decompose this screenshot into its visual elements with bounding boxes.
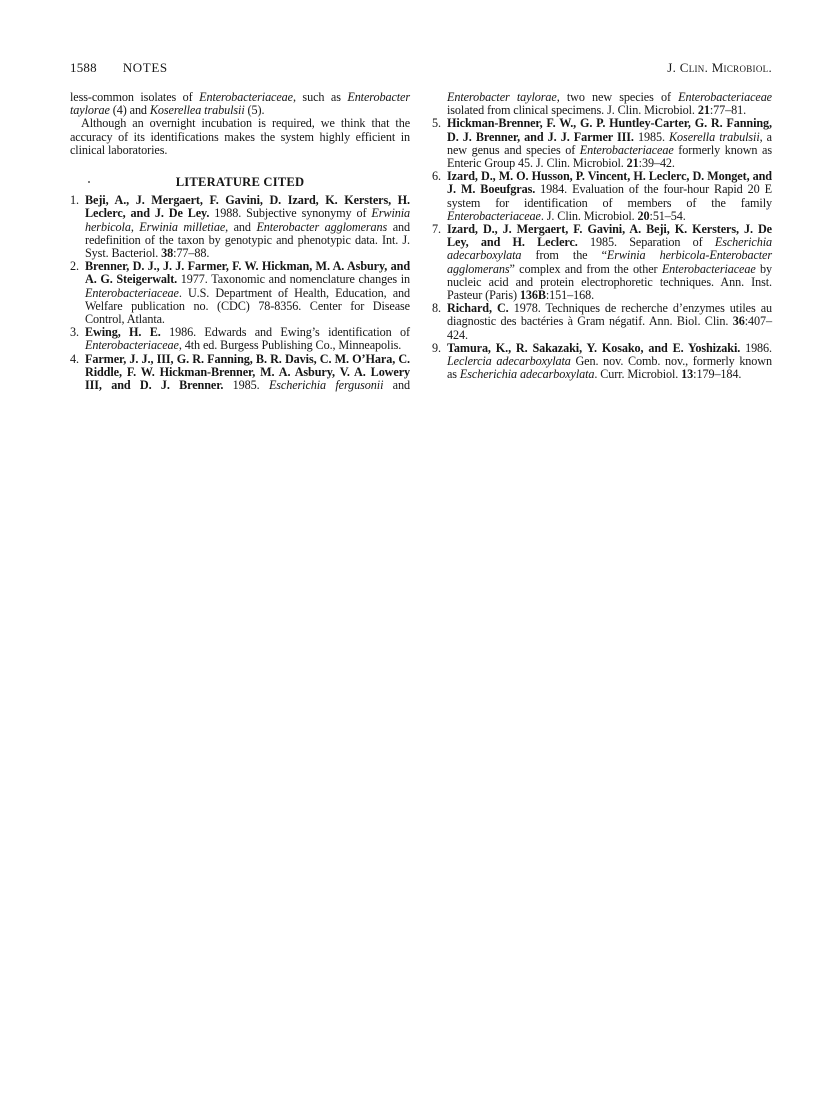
text-segment: :77–88. (173, 246, 209, 260)
italic-segment: Enterobacteriaceae (199, 90, 293, 104)
reference-number: 9. (432, 342, 447, 355)
italic-segment: Koserella trabulsii (669, 130, 760, 144)
italic-segment: Escherichia adecarboxylata (460, 367, 594, 381)
text-segment: 1985. (223, 378, 269, 392)
bold-segment: Richard, C. (447, 301, 509, 315)
italic-segment: Enterobacter agglomerans (256, 220, 387, 234)
text-segment: , and (225, 220, 256, 234)
body-paragraph: less-common isolates of Enterobacteriace… (70, 91, 410, 117)
text-segment: less-common isolates of (70, 90, 199, 104)
bold-segment: 38 (161, 246, 173, 260)
italic-segment: Enterobacteriaceae (85, 338, 179, 352)
text-segment: 1988. Subjective synonymy of (209, 206, 371, 220)
italic-segment: Escherichia fergusonii (269, 378, 383, 392)
reference-number: 2. (70, 260, 85, 273)
text-segment: 1986. (740, 341, 772, 355)
text-segment: isolated from clinical specimens. J. Cli… (447, 103, 698, 117)
literature-cited-heading: LITERATURE CITED (70, 176, 410, 189)
body-paragraph: Although an overnight incubation is requ… (70, 117, 410, 157)
text-segment: Although an overnight incubation is requ… (70, 116, 410, 156)
section-title: NOTES (123, 61, 168, 75)
text-segment: 1986. Edwards and Ewing’s identification… (161, 325, 410, 339)
reference-number: 4. (70, 353, 85, 366)
text-segment: , such as (293, 90, 347, 104)
journal-name: J. Clin. Microbiol. (667, 61, 772, 75)
running-head-left: 1588 NOTES (70, 61, 168, 75)
journal-page: 1588 NOTES J. Clin. Microbiol. less-comm… (0, 0, 832, 1103)
text-segment: 1985. Separation of (578, 235, 715, 249)
text-segment: 1985. (634, 130, 669, 144)
italic-segment: Enterobacteriaceae (447, 209, 541, 223)
reference-item: 6.Izard, D., M. O. Husson, P. Vincent, H… (432, 170, 772, 223)
reference-item: 7.Izard, D., J. Mergaert, F. Gavini, A. … (432, 223, 772, 302)
bold-segment: 13 (681, 367, 693, 381)
text-segment: ” complex and from the other (510, 262, 662, 276)
italic-segment: Koserellea trabulsii (150, 103, 245, 117)
reference-number: 3. (70, 326, 85, 339)
bold-segment: 20 (638, 209, 650, 223)
running-head: 1588 NOTES J. Clin. Microbiol. (70, 61, 772, 75)
text-segment: (5). (245, 103, 265, 117)
text-segment: , 4th ed. Burgess Publishing Co., Minnea… (179, 338, 401, 352)
italic-segment: Erwinia milletiae (139, 220, 225, 234)
reference-number: 7. (432, 223, 447, 236)
text-segment: :51–54. (650, 209, 686, 223)
page-number: 1588 (70, 61, 97, 75)
text-segment: 1977. Taxonomic and nomenclature changes… (177, 272, 410, 286)
bold-segment: 21 (627, 156, 639, 170)
text-segment: (4) and (110, 103, 150, 117)
italic-segment: Enterobacteriaceae (580, 143, 674, 157)
bold-segment: 21 (698, 103, 710, 117)
bold-segment: 136B (520, 288, 546, 302)
text-segment: , two new species of (557, 90, 678, 104)
text-segment: . J. Clin. Microbiol. (541, 209, 638, 223)
reference-number: 5. (432, 117, 447, 130)
closing-paragraphs: less-common isolates of Enterobacteriace… (70, 91, 410, 157)
two-column-text: less-common isolates of Enterobacteriace… (70, 91, 772, 392)
italic-segment: Enterobacter taylorae (447, 90, 557, 104)
reference-number: 8. (432, 302, 447, 315)
text-segment: :179–184. (693, 367, 741, 381)
reference-item: 1.Beji, A., J. Mergaert, F. Gavini, D. I… (70, 194, 410, 260)
text-segment: :151–168. (546, 288, 594, 302)
text-segment: and (383, 378, 410, 392)
text-segment: . Curr. Microbiol. (594, 367, 681, 381)
reference-item: 5.Hickman-Brenner, F. W., G. P. Huntley-… (432, 117, 772, 170)
italic-segment: Enterobacteriaceae (662, 262, 756, 276)
bold-segment: 36 (733, 314, 745, 328)
italic-segment: Leclercia adecarboxylata (447, 354, 571, 368)
text-segment: :39–42. (639, 156, 675, 170)
reference-item: 8.Richard, C. 1978. Techniques de recher… (432, 302, 772, 342)
italic-segment: Enterobacteriaceae (85, 286, 179, 300)
italic-segment: Enterobacteriaceae (678, 90, 772, 104)
reference-number: 1. (70, 194, 85, 207)
bold-segment: Tamura, K., R. Sakazaki, Y. Kosako, and … (447, 341, 740, 355)
bold-segment: Ewing, H. E. (85, 325, 161, 339)
text-segment: from the “ (521, 248, 606, 262)
reference-item: 3.Ewing, H. E. 1986. Edwards and Ewing’s… (70, 326, 410, 352)
text-segment: :77–81. (710, 103, 746, 117)
reference-item: 9.Tamura, K., R. Sakazaki, Y. Kosako, an… (432, 342, 772, 382)
reference-number: 6. (432, 170, 447, 183)
reference-item: 2.Brenner, D. J., J. J. Farmer, F. W. Hi… (70, 260, 410, 326)
